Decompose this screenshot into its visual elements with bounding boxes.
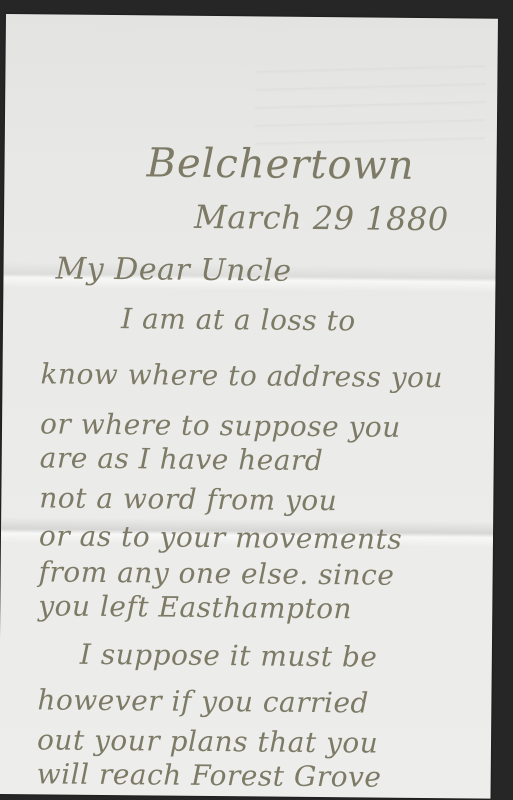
letter-line: I am at a loss to xyxy=(121,305,356,335)
letter-line: from any one else. since xyxy=(39,558,395,589)
letter-line: I suppose it must be xyxy=(80,641,378,672)
letter-line: not a word from you xyxy=(39,484,337,515)
letter-place: Belchertown xyxy=(146,143,414,186)
scan-background: Belchertown March 29 1880 My Dear Uncle … xyxy=(0,0,513,800)
letter-line: are as I have heard xyxy=(40,444,324,475)
letter-line: or where to suppose you xyxy=(40,410,401,441)
letter-line: out your plans that you xyxy=(37,726,379,757)
letter-line: or as to your movements xyxy=(39,522,402,553)
ink-bleed-through xyxy=(255,56,486,148)
letter-line: will reach Forest Grove xyxy=(37,760,382,791)
letter-line: know where to address you xyxy=(40,360,443,392)
letter-date: March 29 1880 xyxy=(194,201,449,235)
letter-line: you left Easthampton xyxy=(38,592,352,623)
letter-page: Belchertown March 29 1880 My Dear Uncle … xyxy=(0,14,498,799)
letter-salutation: My Dear Uncle xyxy=(55,254,291,286)
letter-line: however if you carried xyxy=(37,686,369,717)
